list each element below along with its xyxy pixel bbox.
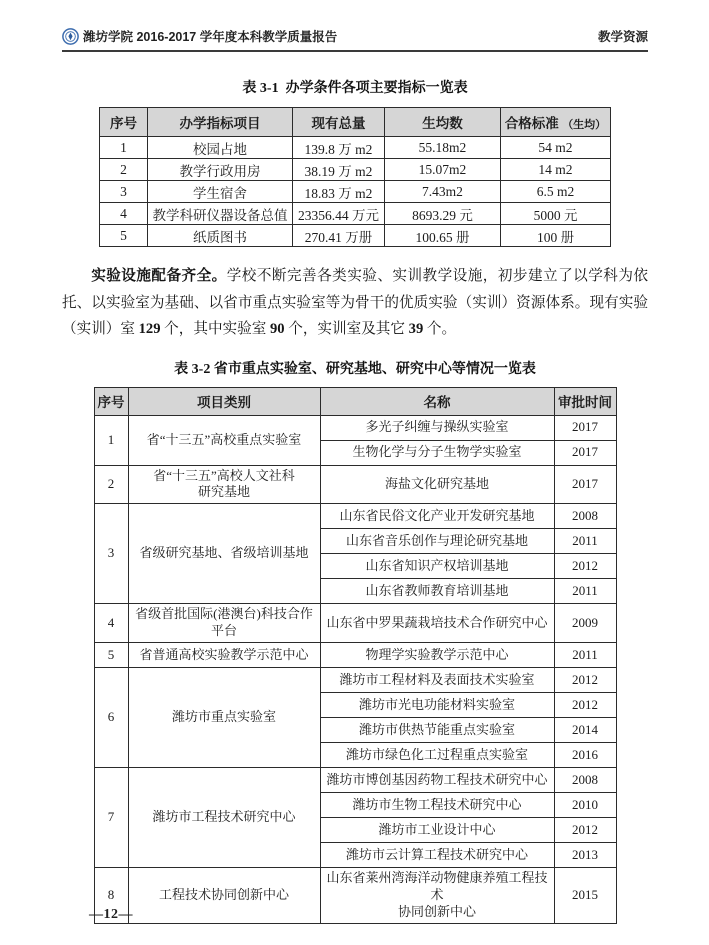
report-title: 潍坊学院 2016-2017 学年度本科教学质量报告 — [83, 27, 337, 45]
table-cell: 18.83 万 m2 — [293, 181, 385, 203]
year-cell: 2012 — [554, 693, 616, 718]
table-cell: 7.43m2 — [385, 181, 501, 203]
table-cell: 8693.29 元 — [385, 203, 501, 225]
paragraph-text: 个，其中实验室 — [161, 321, 270, 337]
table-row: 3学生宿舍18.83 万 m27.43m26.5 m2 — [100, 181, 611, 203]
name-cell: 潍坊市工业设计中心 — [320, 818, 554, 843]
serial-cell: 1 — [94, 415, 128, 465]
name-cell: 山东省知识产权培训基地 — [320, 554, 554, 579]
table-cell: 学生宿舍 — [148, 181, 293, 203]
name-cell: 生物化学与分子生物学实验室 — [320, 440, 554, 465]
table-header-row: 序号办学指标项目现有总量生均数合格标准 （生均） — [100, 108, 611, 137]
category-cell: 省级研究基地、省级培训基地 — [128, 504, 320, 604]
column-header: 项目类别 — [128, 387, 320, 415]
table-row: 7潍坊市工程技术研究中心潍坊市博创基因药物工程技术研究中心2008 — [94, 768, 616, 793]
table-row: 3省级研究基地、省级培训基地山东省民俗文化产业开发研究基地2008 — [94, 504, 616, 529]
name-cell: 潍坊市工程材料及表面技术实验室 — [320, 668, 554, 693]
name-cell: 山东省教师教育培训基地 — [320, 579, 554, 604]
table-header-row: 序号项目类别名称审批时间 — [94, 387, 616, 415]
table-row: 4省级首批国际(港澳台)科技合作平台山东省中罗果蔬栽培技术合作研究中心2009 — [94, 604, 616, 643]
year-cell: 2014 — [554, 718, 616, 743]
serial-cell: 7 — [94, 768, 128, 868]
year-cell: 2008 — [554, 504, 616, 529]
serial-cell: 2 — [94, 465, 128, 504]
name-cell: 潍坊市博创基因药物工程技术研究中心 — [320, 768, 554, 793]
table-row: 5省普通高校实验教学示范中心物理学实验教学示范中心2011 — [94, 643, 616, 668]
name-cell: 山东省莱州湾海洋动物健康养殖工程技术 协同创新中心 — [320, 868, 554, 924]
year-cell: 2017 — [554, 465, 616, 504]
name-cell: 多光子纠缠与操纵实验室 — [320, 415, 554, 440]
experiment-paragraph: 实验设施配备齐全。学校不断完善各类实验、实训教学设施，初步建立了以学科为依托、以… — [62, 263, 648, 343]
name-cell: 山东省民俗文化产业开发研究基地 — [320, 504, 554, 529]
year-cell: 2011 — [554, 643, 616, 668]
column-header: 序号 — [100, 108, 148, 137]
table-cell: 100 册 — [501, 225, 611, 247]
category-cell: 省“十三五”高校人文社科 研究基地 — [128, 465, 320, 504]
table-indicators: 序号办学指标项目现有总量生均数合格标准 （生均） 1校园占地139.8 万 m2… — [99, 107, 611, 247]
table-cell: 14 m2 — [501, 159, 611, 181]
page-number: —12— — [89, 907, 133, 923]
year-cell: 2017 — [554, 440, 616, 465]
table1-title: 表 3-1 办学条件各项主要指标一览表 — [62, 77, 648, 97]
column-header: 序号 — [94, 387, 128, 415]
category-cell: 省“十三五”高校重点实验室 — [128, 415, 320, 465]
year-cell: 2016 — [554, 743, 616, 768]
page-header: 潍坊学院 2016-2017 学年度本科教学质量报告 教学资源 — [62, 27, 648, 52]
table-cell: 5 — [100, 225, 148, 247]
year-cell: 2017 — [554, 415, 616, 440]
column-header: 合格标准 （生均） — [501, 108, 611, 137]
table2-head: 序号项目类别名称审批时间 — [94, 387, 616, 415]
table-cell: 55.18m2 — [385, 137, 501, 159]
name-cell: 潍坊市绿色化工过程重点实验室 — [320, 743, 554, 768]
name-cell: 潍坊市供热节能重点实验室 — [320, 718, 554, 743]
name-cell: 物理学实验教学示范中心 — [320, 643, 554, 668]
paragraph-number: 90 — [270, 321, 285, 337]
table2-body: 1省“十三五”高校重点实验室多光子纠缠与操纵实验室2017生物化学与分子生物学实… — [94, 415, 616, 923]
serial-cell: 3 — [94, 504, 128, 604]
table-row: 1校园占地139.8 万 m255.18m254 m2 — [100, 137, 611, 159]
column-header: 名称 — [320, 387, 554, 415]
table-cell: 1 — [100, 137, 148, 159]
column-header: 生均数 — [385, 108, 501, 137]
table-cell: 5000 元 — [501, 203, 611, 225]
table-cell: 教学科研仪器设备总值 — [148, 203, 293, 225]
document-page: 潍坊学院 2016-2017 学年度本科教学质量报告 教学资源 表 3-1 办学… — [0, 0, 709, 945]
table-row: 2教学行政用房38.19 万 m215.07m214 m2 — [100, 159, 611, 181]
paragraph-lead: 实验设施配备齐全。 — [91, 268, 227, 284]
year-cell: 2012 — [554, 668, 616, 693]
table-cell: 270.41 万册 — [293, 225, 385, 247]
year-cell: 2012 — [554, 554, 616, 579]
table-cell: 54 m2 — [501, 137, 611, 159]
year-cell: 2010 — [554, 793, 616, 818]
serial-cell: 4 — [94, 604, 128, 643]
table-cell: 139.8 万 m2 — [293, 137, 385, 159]
table-cell: 校园占地 — [148, 137, 293, 159]
table-cell: 3 — [100, 181, 148, 203]
name-cell: 潍坊市光电功能材料实验室 — [320, 693, 554, 718]
serial-cell: 5 — [94, 643, 128, 668]
year-cell: 2012 — [554, 818, 616, 843]
table-cell: 23356.44 万元 — [293, 203, 385, 225]
column-header: 现有总量 — [293, 108, 385, 137]
table-cell: 15.07m2 — [385, 159, 501, 181]
name-cell: 海盐文化研究基地 — [320, 465, 554, 504]
table-row: 4教学科研仪器设备总值23356.44 万元8693.29 元5000 元 — [100, 203, 611, 225]
category-cell: 省普通高校实验教学示范中心 — [128, 643, 320, 668]
year-cell: 2009 — [554, 604, 616, 643]
table-labs: 序号项目类别名称审批时间 1省“十三五”高校重点实验室多光子纠缠与操纵实验室20… — [94, 387, 617, 924]
serial-cell: 6 — [94, 668, 128, 768]
column-header: 审批时间 — [554, 387, 616, 415]
table-row: 2省“十三五”高校人文社科 研究基地海盐文化研究基地2017 — [94, 465, 616, 504]
column-header-sub: （生均） — [562, 119, 606, 131]
category-cell: 省级首批国际(港澳台)科技合作平台 — [128, 604, 320, 643]
name-cell: 潍坊市云计算工程技术研究中心 — [320, 843, 554, 868]
category-cell: 潍坊市工程技术研究中心 — [128, 768, 320, 868]
page-header-left: 潍坊学院 2016-2017 学年度本科教学质量报告 — [62, 27, 337, 45]
table-row: 5纸质图书270.41 万册100.65 册100 册 — [100, 225, 611, 247]
category-cell: 潍坊市重点实验室 — [128, 668, 320, 768]
paragraph-number: 129 — [139, 321, 161, 337]
year-cell: 2015 — [554, 868, 616, 924]
table2-title: 表 3-2 省市重点实验室、研究基地、研究中心等情况一览表 — [62, 358, 648, 378]
table-row: 6潍坊市重点实验室潍坊市工程材料及表面技术实验室2012 — [94, 668, 616, 693]
year-cell: 2011 — [554, 579, 616, 604]
table-cell: 6.5 m2 — [501, 181, 611, 203]
year-cell: 2011 — [554, 529, 616, 554]
column-header: 办学指标项目 — [148, 108, 293, 137]
table-row: 8工程技术协同创新中心山东省莱州湾海洋动物健康养殖工程技术 协同创新中心2015 — [94, 868, 616, 924]
name-cell: 山东省中罗果蔬栽培技术合作研究中心 — [320, 604, 554, 643]
section-label: 教学资源 — [598, 27, 648, 45]
table-row: 1省“十三五”高校重点实验室多光子纠缠与操纵实验室2017 — [94, 415, 616, 440]
table-cell: 4 — [100, 203, 148, 225]
university-logo-icon — [62, 28, 79, 45]
table-cell: 纸质图书 — [148, 225, 293, 247]
paragraph-text: 个。 — [423, 321, 456, 337]
table-cell: 38.19 万 m2 — [293, 159, 385, 181]
table-cell: 教学行政用房 — [148, 159, 293, 181]
paragraph-text: 个，实训室及其它 — [285, 321, 409, 337]
year-cell: 2008 — [554, 768, 616, 793]
name-cell: 潍坊市生物工程技术研究中心 — [320, 793, 554, 818]
table1-body: 1校园占地139.8 万 m255.18m254 m22教学行政用房38.19 … — [100, 137, 611, 247]
table-cell: 100.65 册 — [385, 225, 501, 247]
table-cell: 2 — [100, 159, 148, 181]
year-cell: 2013 — [554, 843, 616, 868]
table1-head: 序号办学指标项目现有总量生均数合格标准 （生均） — [100, 108, 611, 137]
name-cell: 山东省音乐创作与理论研究基地 — [320, 529, 554, 554]
paragraph-number: 39 — [409, 321, 424, 337]
category-cell: 工程技术协同创新中心 — [128, 868, 320, 924]
